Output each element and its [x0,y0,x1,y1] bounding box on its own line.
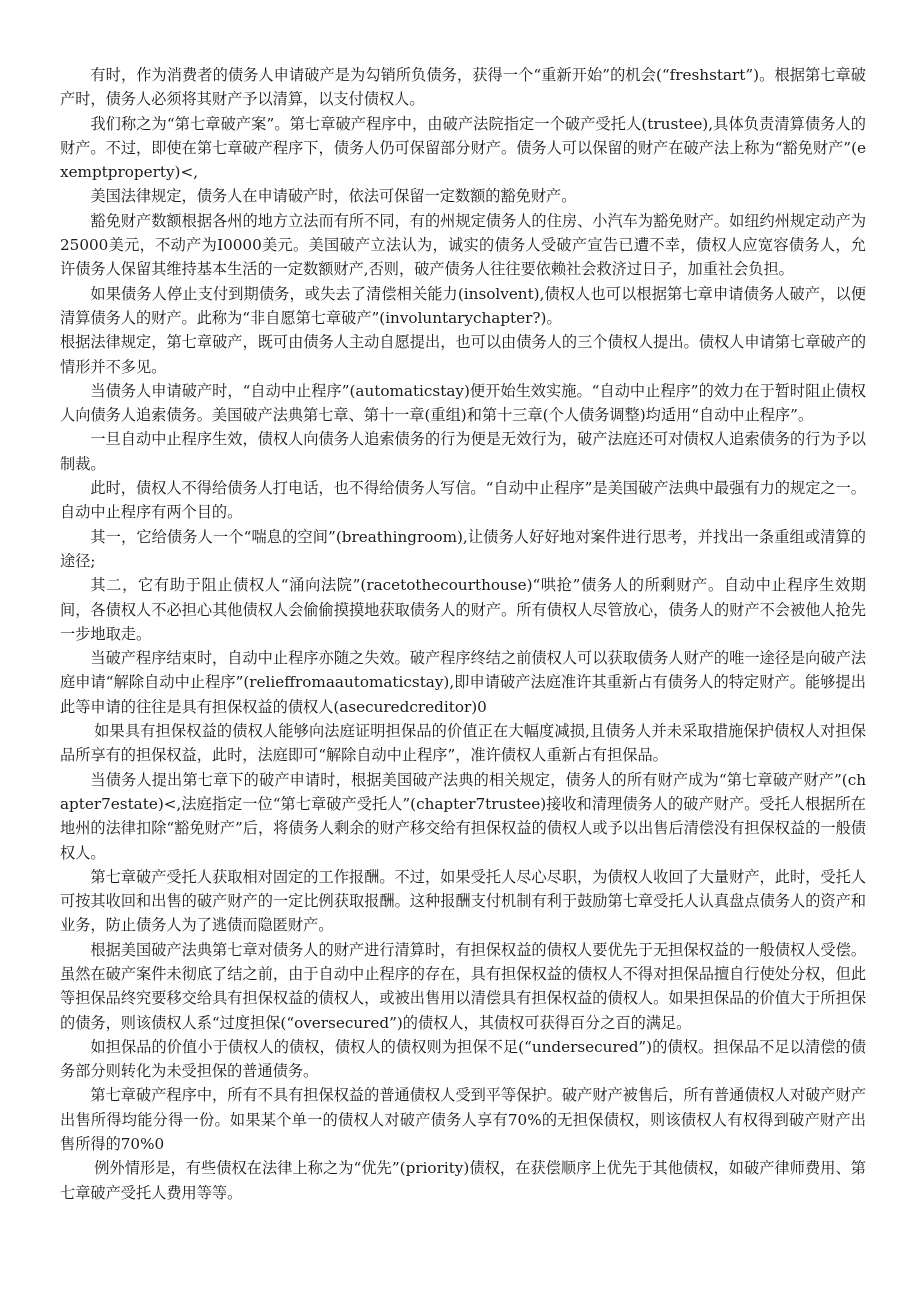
paragraph-stay-purposes: 此时，债权人不得给债务人打电话，也不得给债务人写信。“自动中止程序”是美国破产法… [60,476,866,525]
paragraph-exempt-amount: 豁免财产数额根据各州的地方立法而有所不同，有的州规定债务人的住房、小汽车为豁免财… [60,209,866,282]
paragraph-stay-effect: 一旦自动中止程序生效，债权人向债务人追索债务的行为便是无效行为，破产法庭还可对债… [60,427,866,476]
paragraph-relief-from-stay: 当破产程序结束时，自动中止程序亦随之失效。破产程序终结之前债权人可以获取债务人财… [60,646,866,719]
paragraph-involuntary: 如果债务人停止支付到期债务，或失去了清偿相关能力(insolvent),债权人也… [60,282,866,331]
paragraph-priority-claims: 例外情形是，有些债权在法律上称之为“优先”(priority)债权，在获偿顺序上… [60,1156,866,1205]
paragraph-fresh-start: 有时，作为消费者的债务人申请破产是为勾销所负债务，获得一个“重新开始”的机会(“… [60,63,866,112]
paragraph-collateral-value: 如果具有担保权益的债权人能够向法庭证明担保品的价值正在大幅度减损,且债务人并未采… [60,719,866,768]
paragraph-automatic-stay: 当债务人申请破产时，“自动中止程序”(automaticstay)便开始生效实施… [60,379,866,428]
document-page: 有时，作为消费者的债务人申请破产是为勾销所负债务，获得一个“重新开始”的机会(“… [60,63,866,1205]
paragraph-purpose-two: 其二，它有助于阻止债权人“涌向法院”(racetothecourthouse)“… [60,573,866,646]
paragraph-trustee-fees: 第七章破产受托人获取相对固定的工作报酬。不过，如果受托人尽心尽职，为债权人收回了… [60,865,866,938]
paragraph-unsecured-equal: 第七章破产程序中，所有不具有担保权益的普通债权人受到平等保护。破产财产被售后，所… [60,1083,866,1156]
paragraph-purpose-one: 其一，它给债务人一个“喘息的空间”(breathingroom),让债务人好好地… [60,525,866,574]
paragraph-secured-priority: 根据美国破产法典第七章对债务人的财产进行清算时，有担保权益的债权人要优先于无担保… [60,938,866,1035]
paragraph-chapter7-case: 我们称之为“第七章破产案”。第七章破产程序中，由破产法院指定一个破产受托人(tr… [60,112,866,185]
paragraph-undersecured: 如担保品的价值小于债权人的债权，债权人的债权则为担保不足(“undersecur… [60,1035,866,1084]
paragraph-filing-parties: 根据法律规定，第七章破产，既可由债务人主动自愿提出，也可以由债务人的三个债权人提… [60,330,866,379]
paragraph-chapter7-estate: 当债务人提出第七章下的破产申请时，根据美国破产法典的相关规定，债务人的所有财产成… [60,768,866,865]
paragraph-exempt-law: 美国法律规定，债务人在申请破产时，依法可保留一定数额的豁免财产。 [60,184,866,208]
